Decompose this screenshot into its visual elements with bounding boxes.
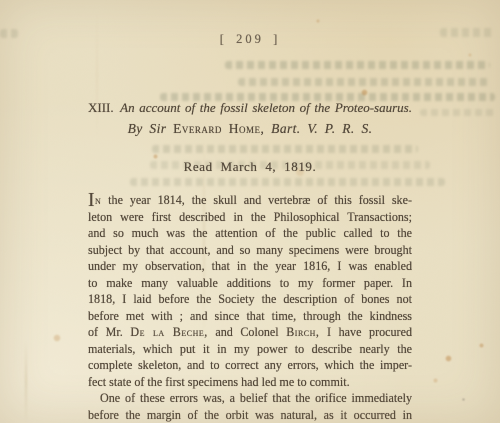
text-segment: before the margin of the orbit was natur… — [88, 408, 412, 422]
bleed-through-line — [420, 109, 495, 116]
foxing-spot — [53, 334, 61, 342]
text-segment: De la Beche, — [130, 325, 207, 339]
foxing-spot — [433, 378, 438, 383]
text-segment: By Sir — [128, 121, 174, 136]
text-line: before the margin of the orbit was natur… — [88, 407, 412, 423]
text-line: before met with ; and since that time, t… — [88, 308, 412, 325]
text-segment: under my observation, that in the year 1… — [88, 259, 412, 273]
text-line: complete skeleton, and to correct any er… — [88, 357, 412, 374]
text-segment: Bart. V. P. R. S. — [264, 121, 372, 136]
text-line: materials, which put it in my power to d… — [88, 341, 412, 358]
text-segment: subject by that account, and so many spe… — [88, 243, 412, 257]
text-segment: of Mr. — [88, 325, 130, 339]
text-segment: I — [88, 192, 95, 209]
bleed-through-line — [152, 145, 418, 153]
read-date-line: Read March 4, 1819. — [88, 159, 412, 176]
text-segment: and Colonel — [208, 325, 286, 339]
bleed-through-line — [238, 78, 488, 86]
text-segment: and so much was the attention of the pub… — [88, 226, 412, 240]
article-body: In the year 1814, the skull and vertebræ… — [88, 192, 412, 423]
text-segment: Birch, — [286, 325, 319, 339]
text-segment: One of these errors was, a belief that t… — [100, 391, 412, 405]
text-line: under my observation, that in the year 1… — [88, 258, 412, 275]
text-segment: the year 1814, the skull and vertebræ of… — [101, 193, 412, 207]
text-segment: An account of the fossil skeleton of the… — [114, 100, 412, 115]
foxing-spot — [153, 154, 158, 159]
foxing-spot — [479, 343, 484, 348]
text-line: to make many valuable additions to my fo… — [88, 275, 412, 292]
text-segment: complete skeleton, and to correct any er… — [88, 358, 412, 372]
text-segment: I have procured — [319, 325, 412, 339]
article-title: XIII. An account of the fossil skeleton … — [88, 100, 412, 117]
text-segment: leton were first described in the Philos… — [88, 210, 412, 224]
text-line: 1818, I laid before the Society the desc… — [88, 291, 412, 308]
text-segment: 1818, I laid before the Society the desc… — [88, 292, 412, 306]
text-line: and so much was the attention of the pub… — [88, 225, 412, 242]
foxing-spot — [462, 398, 465, 401]
text-line: In the year 1814, the skull and vertebræ… — [88, 192, 412, 209]
text-line: fect state of the first specimens had le… — [88, 374, 412, 391]
foxing-spot — [445, 355, 452, 362]
byline: By Sir Everard Home, Bart. V. P. R. S. — [88, 121, 412, 138]
scanned-journal-page: [ 209 ] XIII. An account of the fossil s… — [0, 0, 500, 423]
crease-line — [25, 340, 27, 423]
foxing-spot — [361, 89, 368, 96]
page-number-folio: [ 209 ] — [88, 32, 412, 47]
text-segment: to make many valuable additions to my fo… — [88, 276, 412, 290]
text-line: One of these errors was, a belief that t… — [88, 390, 412, 407]
foxing-spot — [316, 19, 320, 23]
text-segment: Everard Home, — [173, 121, 264, 136]
text-segment: before met with ; and since that time, t… — [88, 309, 412, 323]
bleed-through-line — [0, 29, 18, 38]
bleed-through-line — [440, 28, 495, 37]
text-line: subject by that account, and so many spe… — [88, 242, 412, 259]
text-segment: XIII. — [88, 100, 114, 115]
bleed-through-line — [130, 178, 445, 186]
text-segment: materials, which put it in my power to d… — [88, 342, 412, 356]
foxing-spot — [468, 53, 472, 57]
text-line: of Mr. De la Beche, and Colonel Birch, I… — [88, 324, 412, 341]
bleed-through-line — [225, 61, 490, 69]
text-line: leton were first described in the Philos… — [88, 209, 412, 226]
text-segment: fect state of the first specimens had le… — [88, 375, 350, 389]
